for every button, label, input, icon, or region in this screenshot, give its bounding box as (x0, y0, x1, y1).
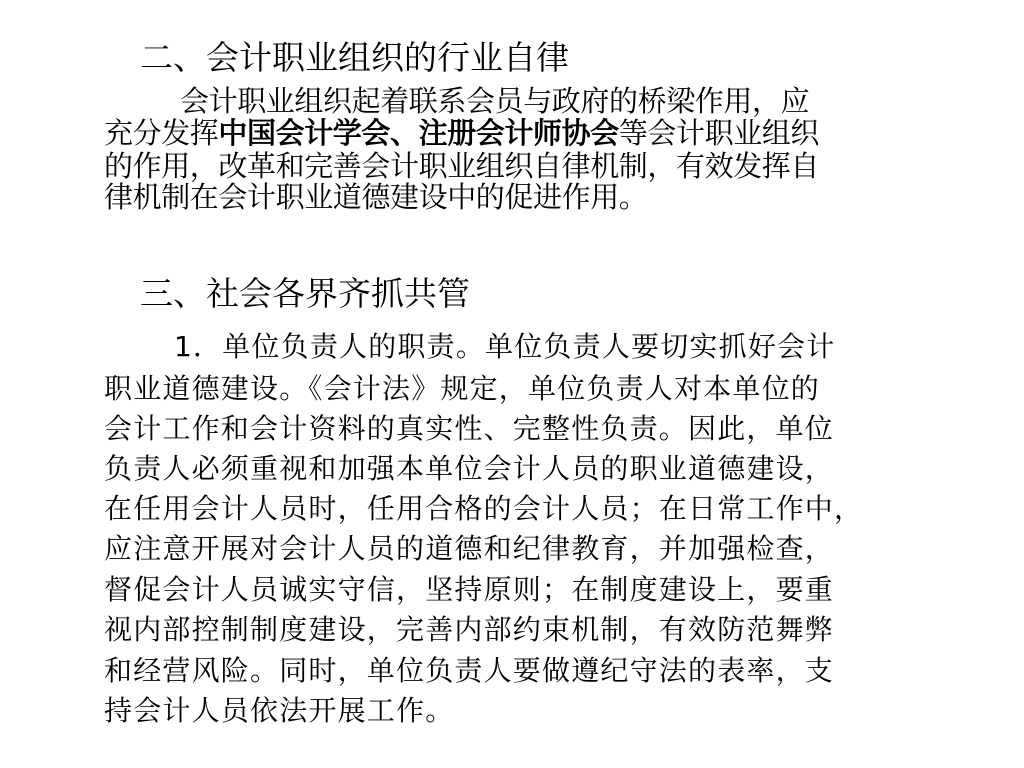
section-3-line-1: 1．单位负责人的职责。单位负责人要切实抓好会计 (174, 330, 835, 364)
section-3-line-4: 负责人必须重视和加强本单位会计人员的职业道德建设， (104, 452, 834, 486)
section-2-line-4: 律机制在会计职业道德建设中的促进作用。 (104, 180, 647, 214)
section-2-line-1: 会计职业组织起着联系会员与政府的桥梁作用，应 (180, 84, 809, 118)
section-3-line-5: 在任用会计人员时，任用合格的会计人员；在日常工作中， (104, 492, 863, 526)
section-3-heading: 三、社会各界齐抓共管 (140, 274, 470, 314)
section-2-line-2: 充分发挥中国会计学会、注册会计师协会等会计职业组织 (104, 116, 819, 150)
section-2-heading: 二、会计职业组织的行业自律 (140, 38, 569, 78)
section-3-line-2: 职业道德建设。《会计法》规定，单位负责人对本单位的 (104, 372, 820, 406)
section-3-line-8: 视内部控制制度建设，完善内部约束机制，有效防范舞弊 (104, 613, 834, 647)
section-3-line-9: 和经营风险。同时，单位负责人要做遵纪守法的表率，支 (104, 654, 834, 688)
bold-organizations: 中国会计学会、注册会计师协会 (218, 116, 618, 150)
section-3-line-3: 会计工作和会计资料的真实性、完整性负责。因此，单位 (104, 412, 834, 446)
section-3-line-7: 督促会计人员诚实守信，坚持原则；在制度建设上，要重 (104, 573, 834, 607)
section-2-line-3: 的作用，改革和完善会计职业组织自律机制，有效发挥自 (104, 149, 819, 183)
section-3-line-6: 应注意开展对会计人员的道德和纪律教育，并加强检查， (104, 532, 834, 566)
section-3-line-10: 持会计人员依法开展工作。 (104, 694, 454, 728)
